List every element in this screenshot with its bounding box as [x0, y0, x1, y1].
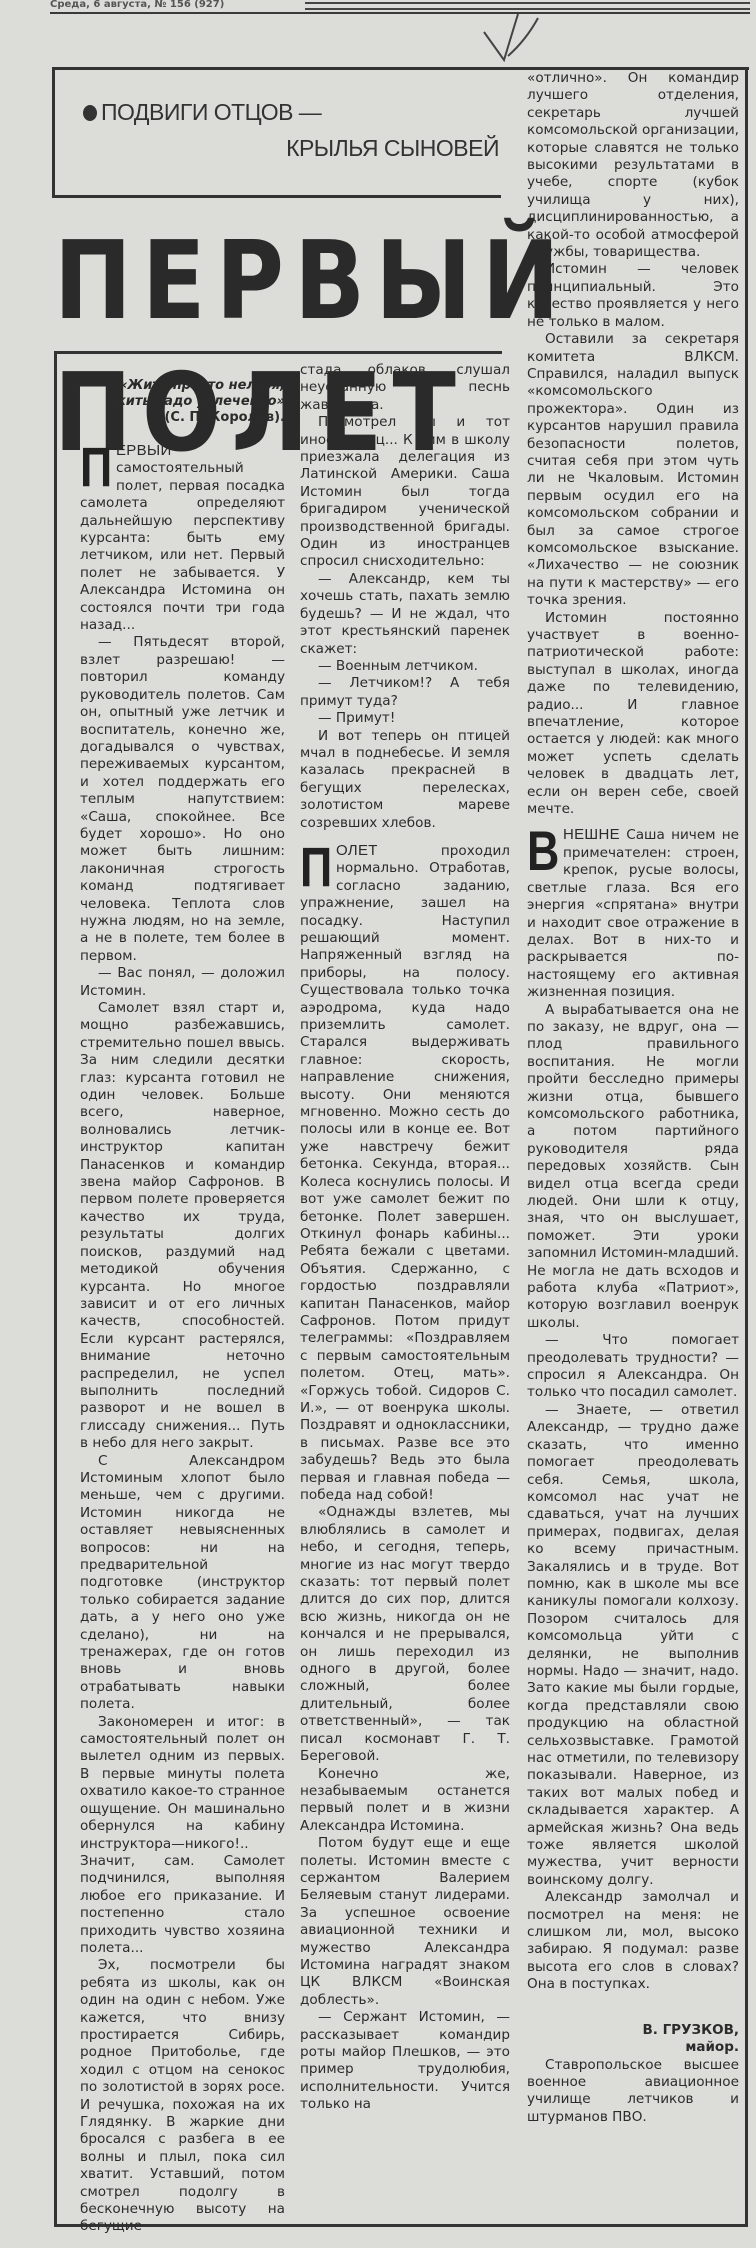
- article-frame-right: [745, 67, 748, 2227]
- paragraph: — Пятьдесят второй, взлет разрешаю! — по…: [80, 634, 285, 965]
- rubric-box: ПОДВИГИ ОТЦОВ — КРЫЛЬЯ СЫНОВЕЙ: [52, 67, 501, 198]
- rubric-text-1: ПОДВИГИ ОТЦОВ —: [101, 99, 321, 125]
- masthead: Среда, 6 августа, № 156 (927): [50, 0, 750, 14]
- paragraph: «отлично». Он командир лучшего отделения…: [527, 70, 739, 261]
- epigraph-source: (С. П. Королев).: [80, 410, 285, 426]
- masthead-rule: [305, 2, 750, 10]
- epigraph-quote: «Жить просто нельзя, жить надо увлеченно…: [80, 378, 285, 410]
- rubric-line-2: КРЫЛЬЯ СЫНОВЕЙ: [286, 135, 499, 162]
- lead-word: НЕШНЕ: [563, 826, 620, 843]
- masthead-date: Среда, 6 августа, № 156 (927): [50, 0, 224, 10]
- lead-word: ОЛЕТ: [336, 842, 378, 859]
- paragraph: Истомин постоянно участвует в военно-пат…: [527, 610, 739, 819]
- paragraph: Оставили за секретаря комитета ВЛКСМ. Сп…: [527, 331, 739, 610]
- lead-paragraph: ПЕРВЫЙ самостоятельный полет, первая пос…: [80, 442, 285, 634]
- lead-word: ЕРВЫЙ: [116, 442, 172, 459]
- dropcap: В: [527, 829, 551, 877]
- paragraph: — Летчиком!? А тебя примут туда?: [300, 675, 510, 710]
- section-lead-paragraph: ВНЕШНЕ Саша ничем не примечателен: строе…: [527, 826, 739, 1001]
- paragraph: — Вас понял, — доложил Истомин.: [80, 965, 285, 1000]
- paragraph: — Военным летчиком.: [300, 658, 510, 675]
- paragraph: Потом будут еще и еще полеты. Истомин вм…: [300, 1835, 510, 2009]
- paragraph: Истомин — человек принципиальный. Это ка…: [527, 261, 739, 331]
- paragraph-text: проходил нормально. Отработав, согласно …: [300, 843, 510, 1503]
- author-affiliation: Ставропольское высшее военное авиационно…: [527, 2057, 739, 2127]
- pen-scribble-mark: [482, 10, 548, 72]
- paragraph: С Александром Истоминым хлопот было мень…: [80, 1453, 285, 1714]
- author-rank: майор.: [527, 2039, 739, 2056]
- paragraph: Посмотрел бы и тот иностранец... К ним в…: [300, 414, 510, 571]
- epigraph: «Жить просто нельзя, жить надо увлеченно…: [80, 378, 285, 426]
- article-column-2: стада облаков, слушал неустанную песнь ж…: [300, 362, 510, 2114]
- paragraph: И вот теперь он птицей мчал в поднебесье…: [300, 728, 510, 832]
- paragraph: стада облаков, слушал неустанную песнь ж…: [300, 362, 510, 414]
- paragraph: «Однажды взлетев, мы влюблялись в самоле…: [300, 1504, 510, 1765]
- paragraph: — Примут!: [300, 710, 510, 727]
- article-column-1: «Жить просто нельзя, жить надо увлеченно…: [80, 378, 285, 2236]
- paragraph: Самолет взял старт и, мощно разбежавшись…: [80, 1000, 285, 1453]
- paragraph: — Сержант Истомин, — рассказывает команд…: [300, 2009, 510, 2113]
- paragraph: Конечно же, незабываемым останется первы…: [300, 1766, 510, 1836]
- paragraph: А вырабатывается она не по заказу, не вд…: [527, 1002, 739, 1333]
- dropcap: П: [300, 845, 324, 893]
- paragraph: — Что помогает преодолевать трудности? —…: [527, 1332, 739, 1402]
- headline-line-1: ПЕРВЫЙ: [54, 218, 441, 350]
- dropcap: П: [80, 445, 104, 493]
- paragraph: Александр замолчал и посмотрел на меня: …: [527, 1889, 739, 1993]
- rubric-line-1: ПОДВИГИ ОТЦОВ —: [83, 99, 321, 126]
- paragraph: — Александр, кем ты хочешь стать, пахать…: [300, 571, 510, 658]
- section-lead-paragraph: ПОЛЕТ проходил нормально. Отработав, сог…: [300, 842, 510, 1504]
- paragraph: — Знаете, — ответил Александр, — трудно …: [527, 1402, 739, 1889]
- author-name: В. ГРУЗКОВ,: [642, 2022, 739, 2038]
- article-column-3: «отлично». Он командир лучшего отделения…: [527, 70, 739, 2126]
- bullet-icon: [83, 105, 97, 121]
- author-signature: В. ГРУЗКОВ, майор.: [527, 2022, 739, 2057]
- paragraph: Закономерен и итог: в самостоятельный по…: [80, 1714, 285, 1958]
- paragraph: Эх, посмотрели бы ребята из школы, как о…: [80, 1957, 285, 2236]
